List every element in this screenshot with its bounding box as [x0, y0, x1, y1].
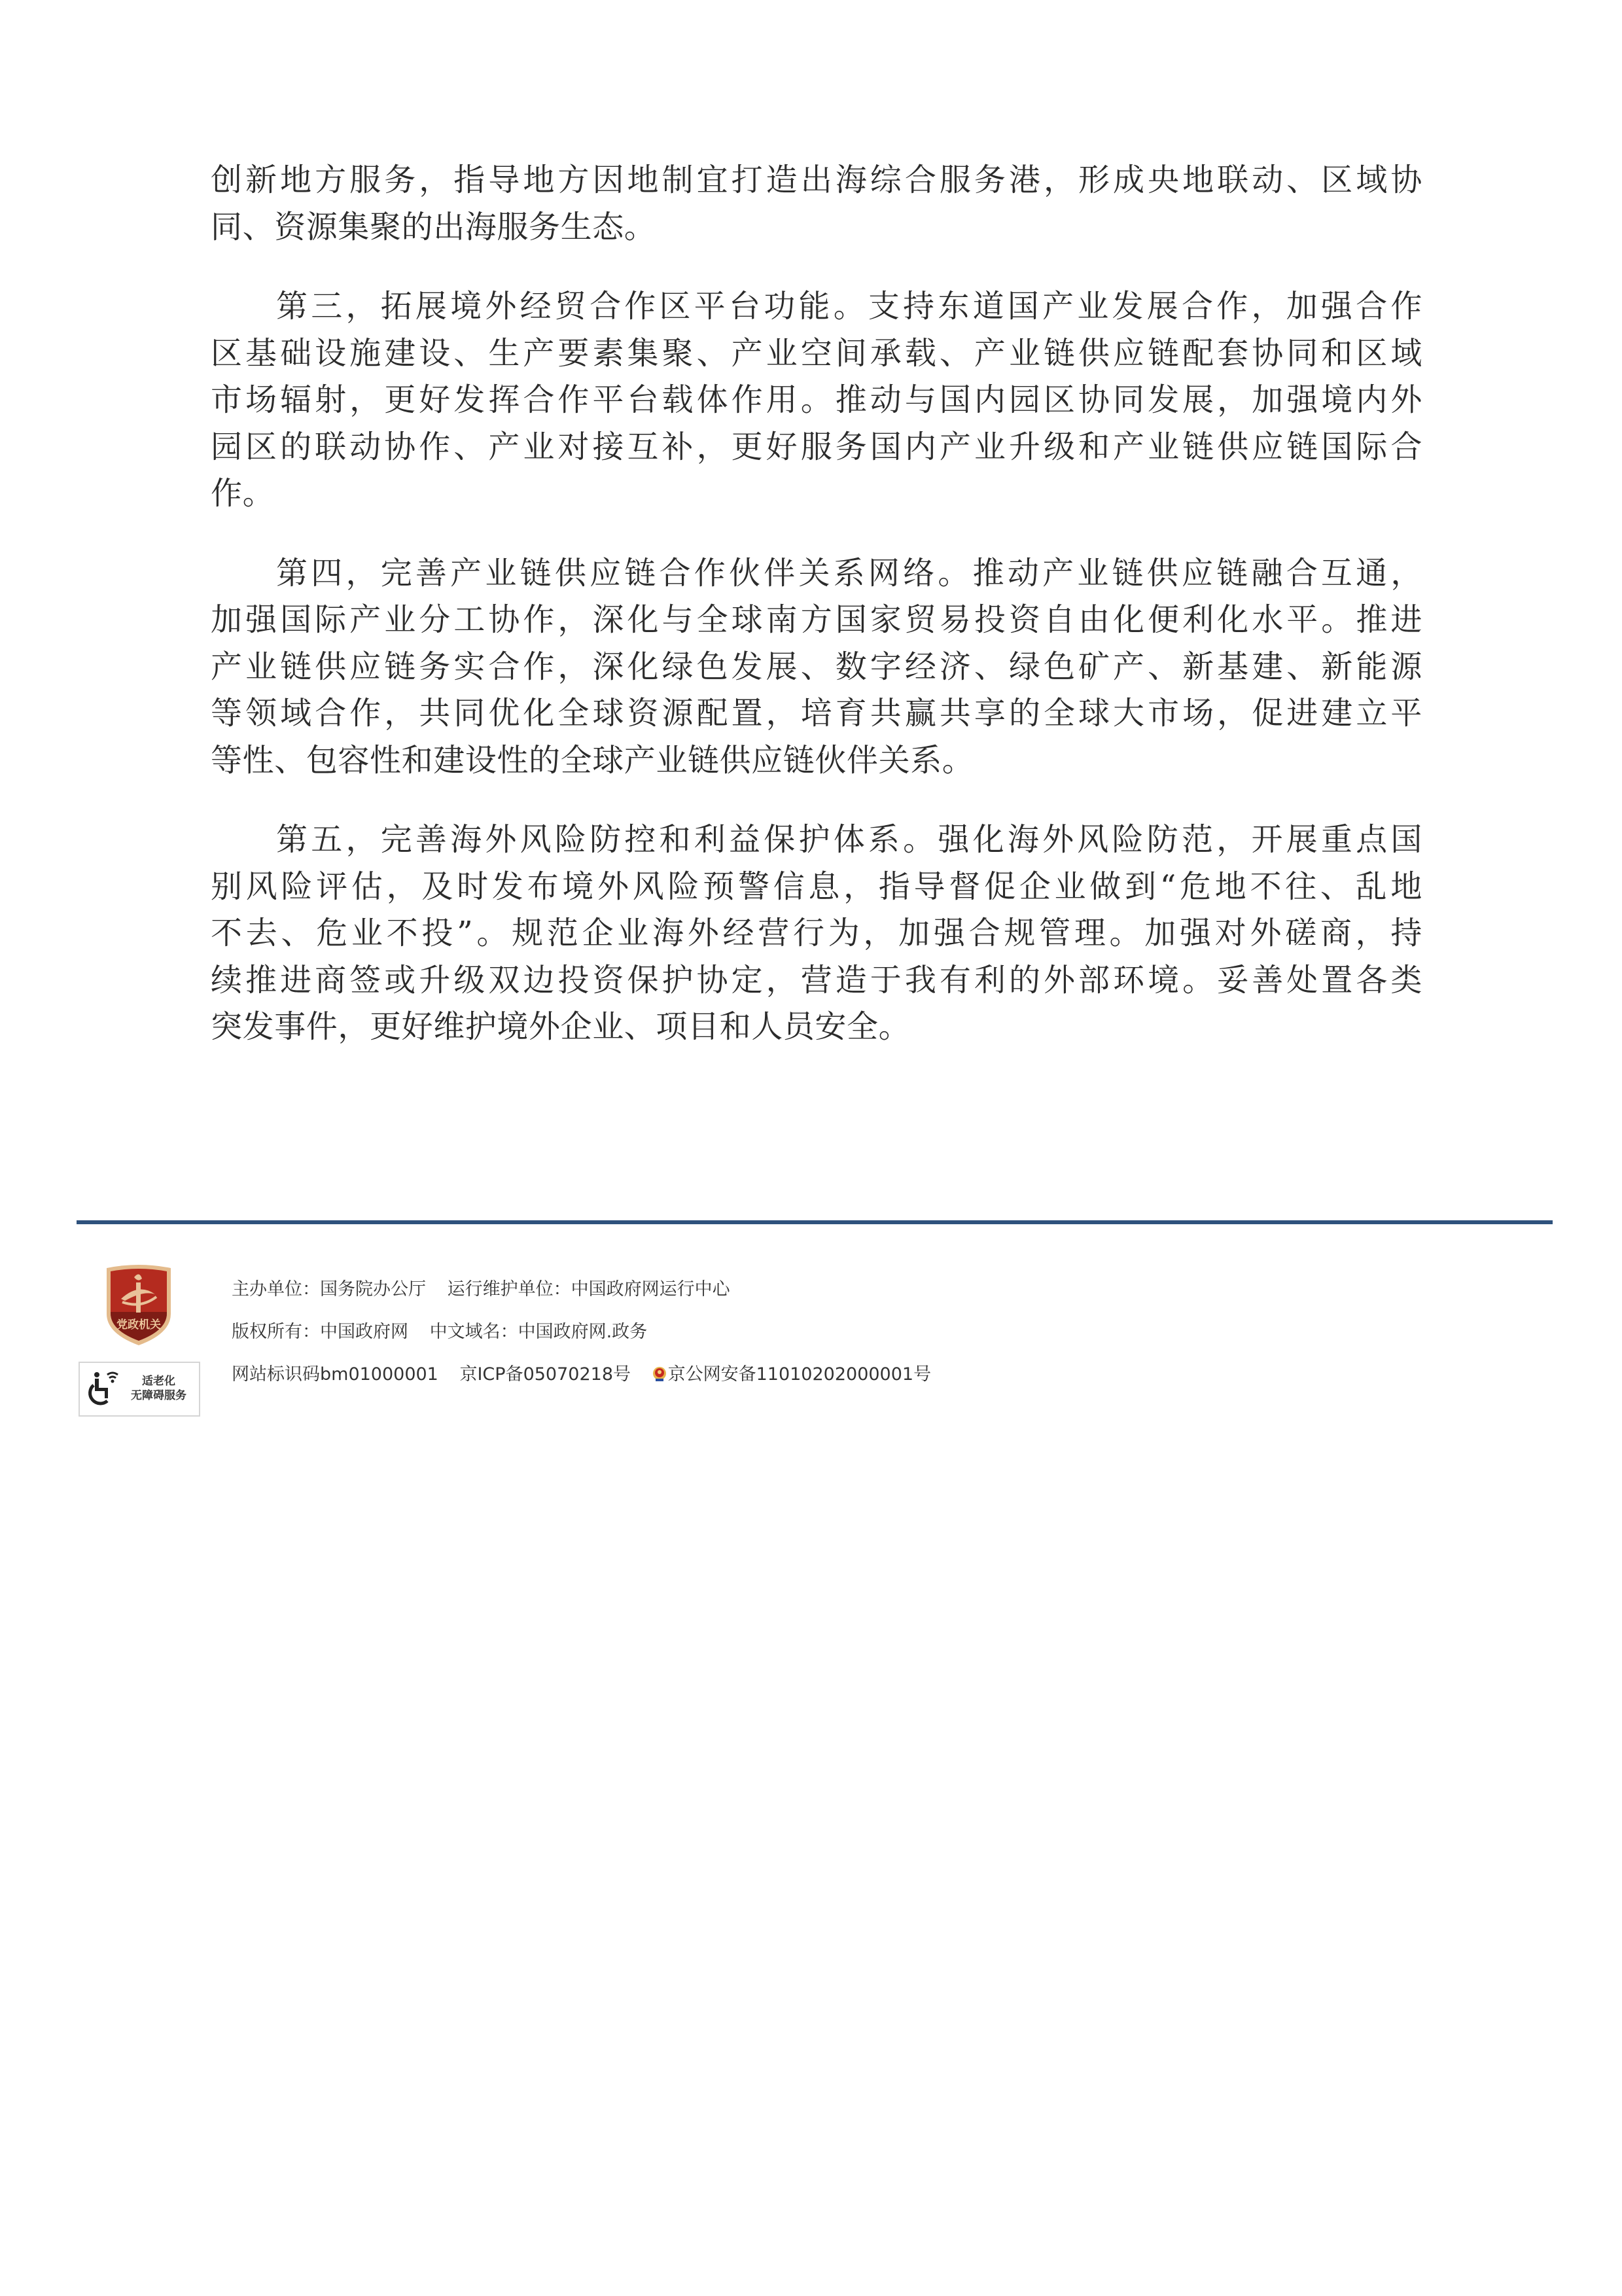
party-government-badge-icon[interactable]: 党政机关: [103, 1263, 175, 1347]
site-id-text: 网站标识码bm01000001: [232, 1364, 438, 1385]
footer-divider: [77, 1220, 1553, 1224]
text-line: 续推进商签或升级双边投资保护协定，营造于我有利的外部环境。妥善处置各类: [211, 957, 1422, 1004]
paragraph-2: 第三，拓展境外经贸合作区平台功能。支持东道国产业发展合作，加强合作 区基础设施建…: [211, 283, 1422, 518]
accessibility-label: 适老化 无障碍服务: [131, 1374, 186, 1403]
wheelchair-icon: [88, 1369, 127, 1409]
text-line: 产业链供应链务实合作，深化绿色发展、数字经济、绿色矿产、新基建、新能源: [211, 644, 1422, 691]
site-footer: 党政机关 适老化 无障碍服务 主办单位：国务院办公厅 运行维护单位：中国政府网运…: [77, 1256, 1553, 1426]
text-line: 创新地方服务，指导地方因地制宜打造出海综合服务港，形成央地联动、区域协: [211, 157, 1422, 204]
sponsor-text: 主办单位：国务院办公厅: [232, 1279, 426, 1299]
article-body: 创新地方服务，指导地方因地制宜打造出海综合服务港，形成央地联动、区域协 同、资源…: [211, 157, 1422, 1084]
text-line: 市场辐射，更好发挥合作平台载体作用。推动与国内园区协同发展，加强境内外: [211, 377, 1422, 424]
paragraph-1: 创新地方服务，指导地方因地制宜打造出海综合服务港，形成央地联动、区域协 同、资源…: [211, 157, 1422, 251]
text-line: 突发事件，更好维护境外企业、项目和人员安全。: [211, 1004, 1422, 1051]
text-line: 加强国际产业分工协作，深化与全球南方国家贸易投资自由化便利化水平。推进: [211, 597, 1422, 644]
text-line: 第四，完善产业链供应链合作伙伴关系网络。推动产业链供应链融合互通，: [211, 550, 1422, 597]
police-record-link[interactable]: 京公网安备11010202000001号: [652, 1364, 932, 1385]
text-line: 区基础设施建设、生产要素集聚、产业空间承载、产业链供应链配套协同和区域: [211, 330, 1422, 378]
svg-text:党政机关: 党政机关: [116, 1318, 161, 1332]
icp-link[interactable]: 京ICP备05070218号: [459, 1364, 631, 1385]
accessibility-service-button[interactable]: 适老化 无障碍服务: [79, 1362, 200, 1417]
text-line: 第五，完善海外风险防控和利益保护体系。强化海外风险防范，开展重点国: [211, 817, 1422, 864]
paragraph-4: 第五，完善海外风险防控和利益保护体系。强化海外风险防范，开展重点国 别风险评估，…: [211, 817, 1422, 1051]
text-line: 等领域合作，共同优化全球资源配置，培育共赢共享的全球大市场，促进建立平: [211, 690, 1422, 737]
police-emblem-icon: [652, 1366, 667, 1383]
domain-name-text: 中文域名：中国政府网.政务: [430, 1322, 648, 1342]
text-line: 园区的联动协作、产业对接互补，更好服务国内产业升级和产业链供应链国际合: [211, 424, 1422, 471]
paragraph-3: 第四，完善产业链供应链合作伙伴关系网络。推动产业链供应链融合互通， 加强国际产业…: [211, 550, 1422, 785]
text-line: 等性、包容性和建设性的全球产业链供应链伙伴关系。: [211, 737, 1422, 785]
text-line: 第三，拓展境外经贸合作区平台功能。支持东道国产业发展合作，加强合作: [211, 283, 1422, 330]
text-line: 不去、危业不投”。规范企业海外经营行为，加强合规管理。加强对外磋商，持: [211, 910, 1422, 957]
footer-copyright-line: 版权所有：中国政府网 中文域名：中国政府网.政务: [232, 1317, 663, 1343]
operator-text: 运行维护单位：中国政府网运行中心: [448, 1279, 730, 1299]
copyright-text: 版权所有：中国政府网: [232, 1322, 408, 1342]
text-line: 别风险评估，及时发布境外风险预警信息，指导督促企业做到“危地不往、乱地: [211, 864, 1422, 911]
text-line: 同、资源集聚的出海服务生态。: [211, 204, 1422, 251]
footer-sponsor-line: 主办单位：国务院办公厅 运行维护单位：中国政府网运行中心: [232, 1275, 746, 1300]
text-line: 作。: [211, 470, 1422, 518]
footer-registration-line: 网站标识码bm01000001 京ICP备05070218号 京公网安备1101…: [232, 1360, 931, 1385]
